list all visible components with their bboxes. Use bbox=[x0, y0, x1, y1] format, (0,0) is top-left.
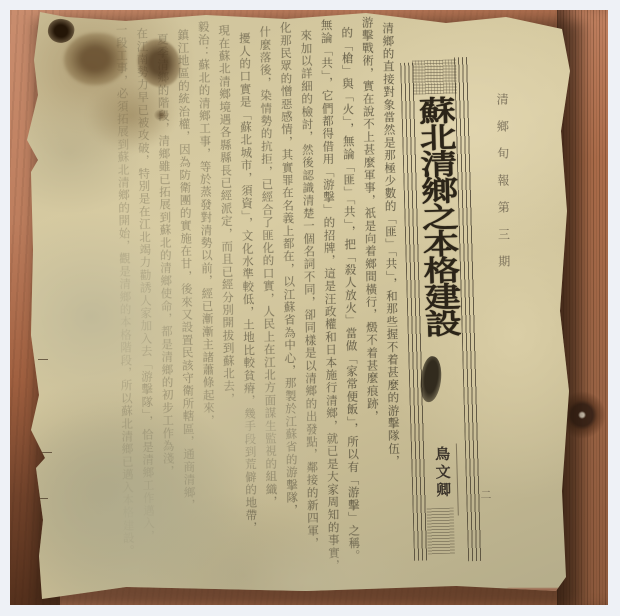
red-mark-top bbox=[444, 11, 492, 16]
page-number: 二 bbox=[477, 489, 493, 500]
masthead-vertical: 清鄉旬報第三期 bbox=[494, 93, 513, 282]
title-strip: 蘇北清鄉之本格建設 鳥文卿 bbox=[398, 55, 484, 569]
newspaper-page: 清鄉的直接對象當然是那極少數的「匪」「共」，和那些握不着甚麼的游擊隊伍，游擊戰術… bbox=[26, 11, 570, 599]
article-body-columns: 清鄉的直接對象當然是那極少數的「匪」「共」，和那些握不着甚麼的游擊隊伍，游擊戰術… bbox=[104, 16, 404, 598]
edge-crack bbox=[38, 359, 48, 360]
article-title: 蘇北清鄉之本格建設 bbox=[405, 95, 466, 372]
author-rule-line bbox=[456, 444, 459, 516]
hatch-ornament-bottom bbox=[427, 508, 455, 555]
article-author: 鳥文卿 bbox=[431, 446, 453, 501]
photo-of-old-newspaper: 清鄉的直接對象當然是那極少數的「匪」「共」，和那些握不着甚麼的游擊隊伍，游擊戰術… bbox=[10, 10, 608, 605]
stain-blotch bbox=[45, 16, 76, 46]
hatch-ornament-top bbox=[412, 59, 457, 94]
screenshot-root: { "publication": { "masthead_vertical": … bbox=[0, 0, 620, 616]
